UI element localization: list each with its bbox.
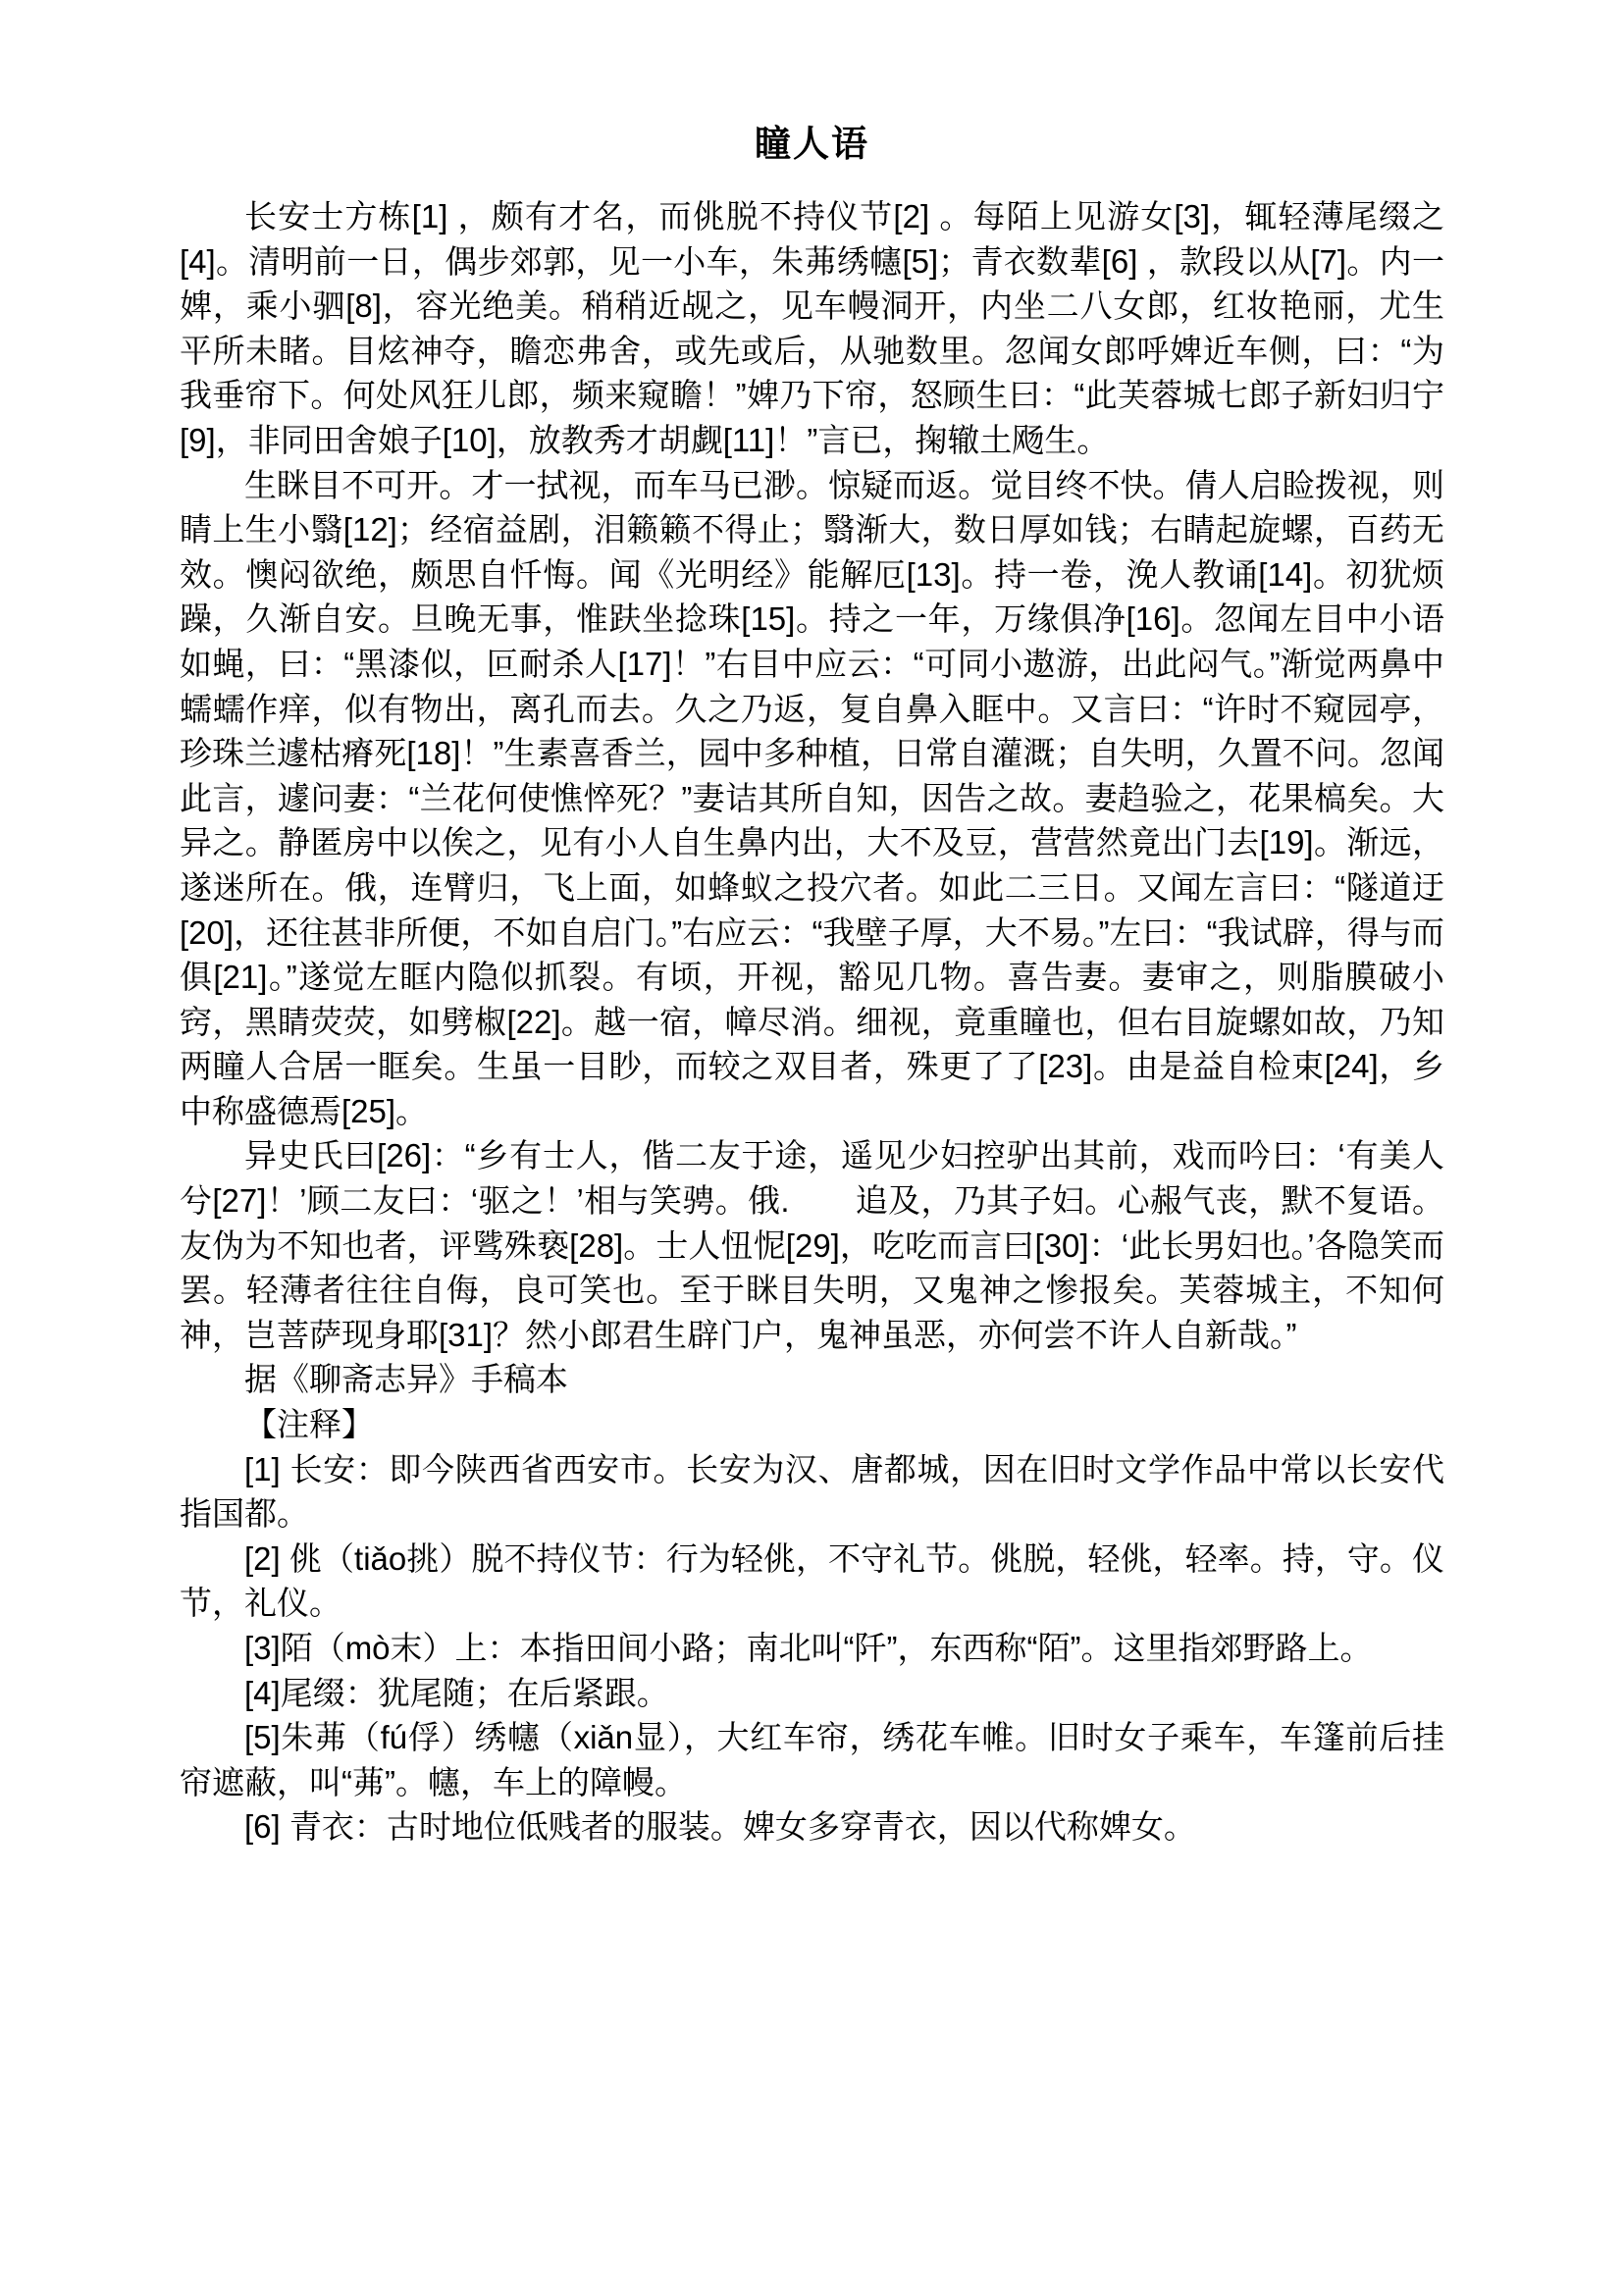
note-1: [1] 长安：即今陕西省西安市。长安为汉、唐都城，因在旧时文学作品中常以长安代指… bbox=[180, 1447, 1444, 1537]
body-paragraph-2: 生眯目不可开。才一拭视，而车马已渺。惊疑而返。觉目终不快。倩人启睑拨视，则睛上生… bbox=[180, 463, 1444, 1134]
note-2: [2] 佻（tiǎo挑）脱不持仪节：行为轻佻，不守礼节。佻脱，轻佻，轻率。持，守… bbox=[180, 1537, 1444, 1626]
document-page: 瞳人语 长安士方栋[1] ，颇有才名，而佻脱不持仪节[2] 。每陌上见游女[3]… bbox=[0, 0, 1624, 2294]
page-title: 瞳人语 bbox=[180, 120, 1444, 169]
note-6: [6] 青衣：古时地位低贱者的服装。婢女多穿青衣，因以代称婢女。 bbox=[180, 1804, 1444, 1850]
source-attribution: 据《聊斋志异》手稿本 bbox=[180, 1357, 1444, 1402]
note-3: [3]陌（mò末）上：本指田间小路；南北叫“阡”，东西称“陌”。这里指郊野路上。 bbox=[180, 1626, 1444, 1671]
body-paragraph-3: 异史氏曰[26]：“乡有士人，偕二友于途，遥见少妇控驴出其前，戏而吟曰：‘有美人… bbox=[180, 1133, 1444, 1357]
body-paragraph-1: 长安士方栋[1] ，颇有才名，而佻脱不持仪节[2] 。每陌上见游女[3]，辄轻薄… bbox=[180, 194, 1444, 463]
note-4: [4]尾缀：犹尾随；在后紧跟。 bbox=[180, 1671, 1444, 1716]
notes-header: 【注释】 bbox=[180, 1402, 1444, 1447]
note-5: [5]朱茀（fú俘）绣幰（xiǎn显），大红车帘，绣花车帷。旧时女子乘车，车篷前… bbox=[180, 1715, 1444, 1804]
